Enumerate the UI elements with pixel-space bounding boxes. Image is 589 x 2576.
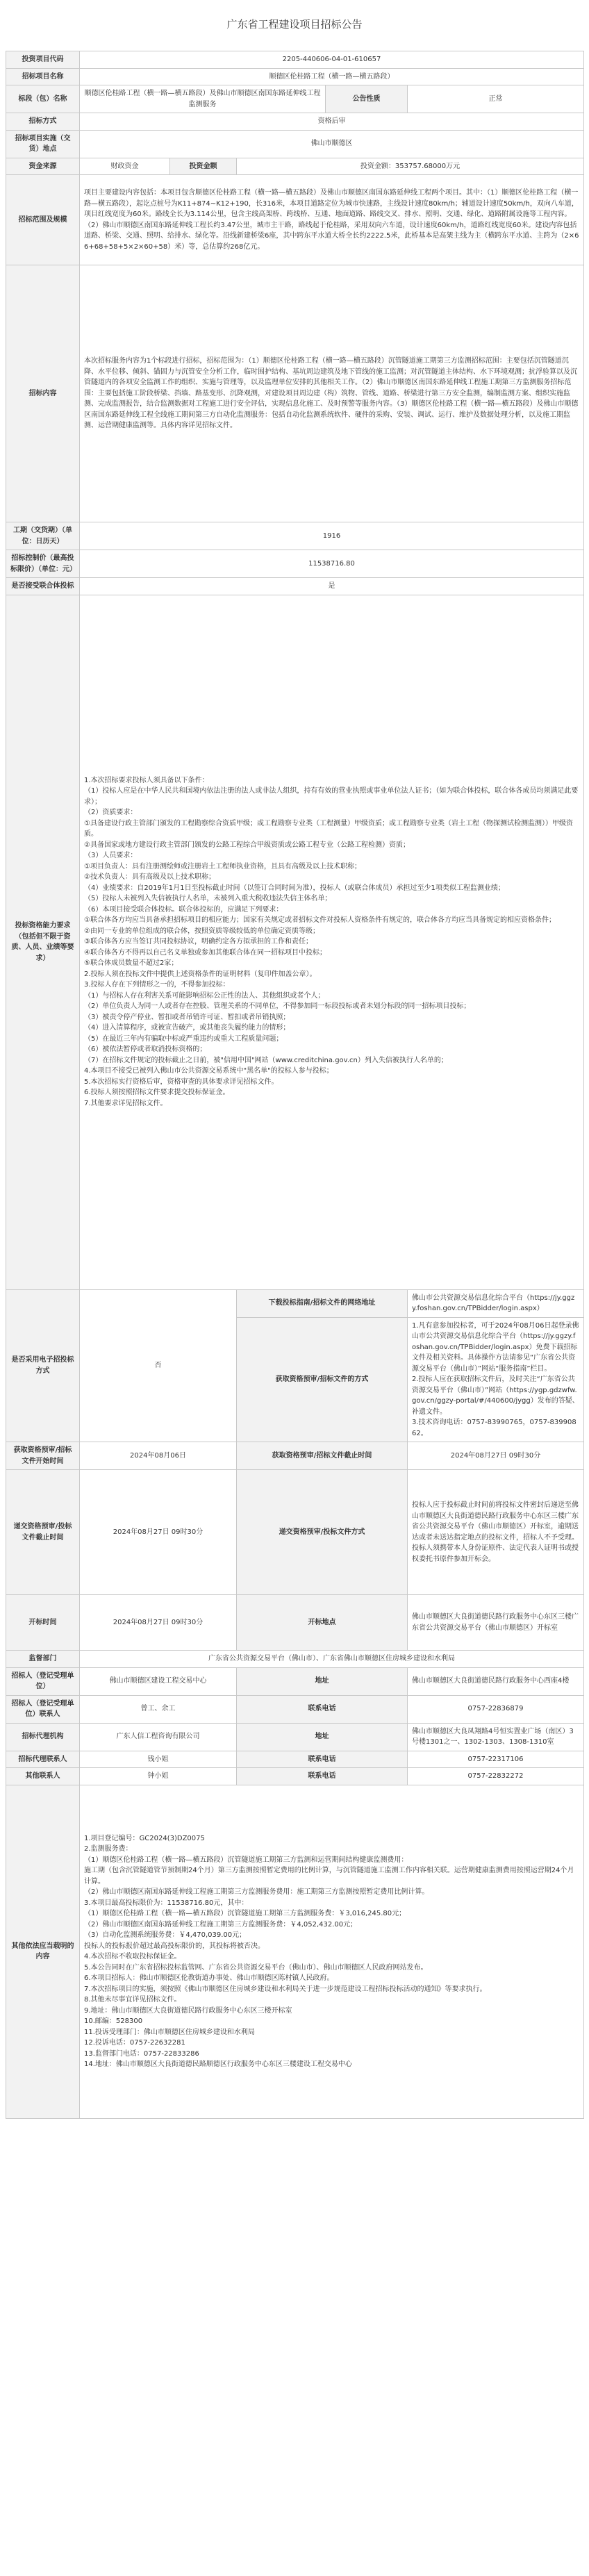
row-timeline-open: 开标时间 2024年08月27日 09时30分 开标地点 佛山市顺德区大良街道德… bbox=[6, 1595, 584, 1651]
agency-value: 广东人信工程咨询有限公司 bbox=[80, 1723, 237, 1751]
other-contact-value: 钟小姐 bbox=[80, 1768, 237, 1785]
investment-amount-label: 投资金额 bbox=[170, 158, 237, 175]
row-timeline-submit: 递交资格预审/投标文件截止时间 2024年08月27日 09时30分 递交资格预… bbox=[6, 1470, 584, 1595]
row-electronic-bid-1: 是否采用电子招投标方式 否 下载投标指南/招标文件的网络地址 佛山市公共资源交易… bbox=[6, 1289, 584, 1317]
control-price-value: 11538716.80 bbox=[80, 550, 584, 578]
row-control-price: 招标控制价（最高投标限价）（单位：元） 11538716.80 bbox=[6, 550, 584, 578]
obtain-start-value: 2024年08月06日 bbox=[80, 1442, 237, 1470]
notice-table: 投资项目代码 2205-440606-04-01-610657 招标项目名称 顺… bbox=[6, 51, 584, 2119]
page-title: 广东省工程建设项目招标公告 bbox=[6, 17, 583, 31]
other-phone-value: 0757-22832272 bbox=[408, 1768, 584, 1785]
agency-phone-value: 0757-22317106 bbox=[408, 1751, 584, 1768]
bid-section-value: 顺德区伦桂路工程（横一路—横五路段）及佛山市顺德区南国东路延伸线工程监测服务 bbox=[80, 85, 326, 113]
open-place-label: 开标地点 bbox=[237, 1595, 408, 1651]
submit-deadline-label: 递交资格预审/投标文件截止时间 bbox=[6, 1470, 80, 1595]
other-notes-value: 1.项目登记编号：GC2024(3)DZ0075 2.监测服务费： （1）顺德区… bbox=[80, 1785, 584, 2118]
row-tender-method: 招标方式 资格后审 bbox=[6, 113, 584, 131]
supervision-value: 广东省公共资源交易平台（佛山市）、广东省佛山市顺德区住房城乡建设和水利局 bbox=[80, 1651, 584, 1668]
row-other-notes: 其他依法应当载明的内容 1.项目登记编号：GC2024(3)DZ0075 2.监… bbox=[6, 1785, 584, 2118]
supervision-label: 监督部门 bbox=[6, 1651, 80, 1668]
download-url-link[interactable]: 佛山市公共资源交易信息化综合平台（https://jy.ggzy.foshan.… bbox=[412, 1294, 574, 1313]
tenderer-address-value: 佛山市顺德区大良街道德民路行政服务中心西座4楼 bbox=[408, 1667, 584, 1695]
row-scale: 招标范围及规模 项目主要建设内容包括：本项目包含顺德区伦桂路工程（横一路—横五路… bbox=[6, 175, 584, 265]
agency-address-value: 佛山市顺德区大良凤翔路4号恒实置业广场（南区）3号楼1301之一、1302-13… bbox=[408, 1723, 584, 1751]
funding-source-value: 财政资金 bbox=[80, 158, 170, 175]
location-label: 招标项目实施（交货）地点 bbox=[6, 130, 80, 158]
other-notes-label: 其他依法应当载明的内容 bbox=[6, 1785, 80, 2118]
tenderer-phone-label: 联系电话 bbox=[237, 1695, 408, 1723]
duration-label: 工期（交货期）（单位：日历天） bbox=[6, 522, 80, 550]
row-other-contact: 其他联系人 钟小姐 联系电话 0757-22832272 bbox=[6, 1768, 584, 1785]
submit-method-value: 投标人应于投标截止时间前将投标文件密封后递送至佛山市顺德区大良街道德民路行政服务… bbox=[408, 1470, 584, 1595]
electronic-bid-value: 否 bbox=[80, 1289, 237, 1442]
row-tenderer: 招标人（登记受理单位） 佛山市顺德区建设工程交易中心 地址 佛山市顺德区大良街道… bbox=[6, 1667, 584, 1695]
submit-method-label: 递交资格预审/投标文件方式 bbox=[237, 1470, 408, 1595]
scale-value: 项目主要建设内容包括：本项目包含顺德区伦桂路工程（横一路—横五路段）及佛山市顺德… bbox=[80, 175, 584, 265]
row-timeline-obtain: 获取资格预审/招标文件开始时间 2024年08月06日 获取资格预审/招标文件截… bbox=[6, 1442, 584, 1470]
bid-section-label: 标段（包）名称 bbox=[6, 85, 80, 113]
open-time-label: 开标时间 bbox=[6, 1595, 80, 1651]
other-phone-label: 联系电话 bbox=[237, 1768, 408, 1785]
tenderer-phone-value: 0757-22836879 bbox=[408, 1695, 584, 1723]
obtain-end-value: 2024年08月27日 09时30分 bbox=[408, 1442, 584, 1470]
obtain-method-label: 获取资格预审/招标文件的方式 bbox=[237, 1317, 408, 1442]
row-location: 招标项目实施（交货）地点 佛山市顺德区 bbox=[6, 130, 584, 158]
agency-label: 招标代理机构 bbox=[6, 1723, 80, 1751]
obtain-start-label: 获取资格预审/招标文件开始时间 bbox=[6, 1442, 80, 1470]
tender-method-value: 资格后审 bbox=[80, 113, 584, 131]
row-content: 招标内容 本次招标服务内容为1个标段进行招标，招标范围为：（1）顺德区伦桂路工程… bbox=[6, 265, 584, 522]
row-agency: 招标代理机构 广东人信工程咨询有限公司 地址 佛山市顺德区大良凤翔路4号恒实置业… bbox=[6, 1723, 584, 1751]
row-agency-contact: 招标代理联系人 钱小姐 联系电话 0757-22317106 bbox=[6, 1751, 584, 1768]
row-funding: 资金来源 财政资金 投资金额 投资金额：353757.68000万元 bbox=[6, 158, 584, 175]
row-tenderer-contact: 招标人（登记受理单位）联系人 曾工、余工 联系电话 0757-22836879 bbox=[6, 1695, 584, 1723]
notice-type-label: 公告性质 bbox=[326, 85, 408, 113]
open-place-value: 佛山市顺德区大良街道德民路行政服务中心东区三楼广东省公共资源交易平台（佛山市顺德… bbox=[408, 1595, 584, 1651]
funding-source-label: 资金来源 bbox=[6, 158, 80, 175]
obtain-method-value: 1.凡有意参加投标者，可于2024年08月06日起登录佛山市公共资源交易信息化综… bbox=[408, 1317, 584, 1442]
submit-deadline-value: 2024年08月27日 09时30分 bbox=[80, 1470, 237, 1595]
project-code-label: 投资项目代码 bbox=[6, 51, 80, 69]
download-url-label: 下载投标指南/招标文件的网络地址 bbox=[237, 1289, 408, 1317]
location-value: 佛山市顺德区 bbox=[80, 130, 584, 158]
electronic-bid-label: 是否采用电子招投标方式 bbox=[6, 1289, 80, 1442]
agency-contact-label: 招标代理联系人 bbox=[6, 1751, 80, 1768]
tenderer-value: 佛山市顺德区建设工程交易中心 bbox=[80, 1667, 237, 1695]
tenderer-contact-label: 招标人（登记受理单位）联系人 bbox=[6, 1695, 80, 1723]
download-url-value: 佛山市公共资源交易信息化综合平台（https://jy.ggzy.foshan.… bbox=[408, 1289, 584, 1317]
agency-phone-label: 联系电话 bbox=[237, 1751, 408, 1768]
tenderer-label: 招标人（登记受理单位） bbox=[6, 1667, 80, 1695]
duration-value: 1916 bbox=[80, 522, 584, 550]
tenderer-contact-value: 曾工、余工 bbox=[80, 1695, 237, 1723]
tenderer-address-label: 地址 bbox=[237, 1667, 408, 1695]
qualification-value: 1.本次招标要求投标人须具备以下条件： （1）投标人应是在中华人民共和国境内依法… bbox=[80, 595, 584, 1289]
project-code-value: 2205-440606-04-01-610657 bbox=[80, 51, 584, 69]
consortium-label: 是否接受联合体投标 bbox=[6, 578, 80, 595]
row-project-code: 投资项目代码 2205-440606-04-01-610657 bbox=[6, 51, 584, 69]
row-bid-section: 标段（包）名称 顺德区伦桂路工程（横一路—横五路段）及佛山市顺德区南国东路延伸线… bbox=[6, 85, 584, 113]
control-price-label: 招标控制价（最高投标限价）（单位：元） bbox=[6, 550, 80, 578]
project-name-label: 招标项目名称 bbox=[6, 68, 80, 85]
investment-amount-value: 投资金额：353757.68000万元 bbox=[237, 158, 584, 175]
notice-type-value: 正常 bbox=[408, 85, 584, 113]
open-time-value: 2024年08月27日 09时30分 bbox=[80, 1595, 237, 1651]
tender-method-label: 招标方式 bbox=[6, 113, 80, 131]
content-value: 本次招标服务内容为1个标段进行招标，招标范围为：（1）顺德区伦桂路工程（横一路—… bbox=[80, 265, 584, 522]
other-contact-label: 其他联系人 bbox=[6, 1768, 80, 1785]
agency-address-label: 地址 bbox=[237, 1723, 408, 1751]
consortium-value: 是 bbox=[80, 578, 584, 595]
content-label: 招标内容 bbox=[6, 265, 80, 522]
row-consortium: 是否接受联合体投标 是 bbox=[6, 578, 584, 595]
agency-contact-value: 钱小姐 bbox=[80, 1751, 237, 1768]
project-name-value: 顺德区伦桂路工程（横一路—横五路段） bbox=[80, 68, 584, 85]
row-qualification: 投标资格能力要求（包括但不限于资质、人员、业绩等要求） 1.本次招标要求投标人须… bbox=[6, 595, 584, 1289]
row-supervision: 监督部门 广东省公共资源交易平台（佛山市）、广东省佛山市顺德区住房城乡建设和水利… bbox=[6, 1651, 584, 1668]
obtain-end-label: 获取资格预审/招标文件截止时间 bbox=[237, 1442, 408, 1470]
qualification-label: 投标资格能力要求（包括但不限于资质、人员、业绩等要求） bbox=[6, 595, 80, 1289]
row-project-name: 招标项目名称 顺德区伦桂路工程（横一路—横五路段） bbox=[6, 68, 584, 85]
scale-label: 招标范围及规模 bbox=[6, 175, 80, 265]
notice-page: 广东省工程建设项目招标公告 投资项目代码 2205-440606-04-01-6… bbox=[0, 0, 589, 2131]
row-duration: 工期（交货期）（单位：日历天） 1916 bbox=[6, 522, 584, 550]
